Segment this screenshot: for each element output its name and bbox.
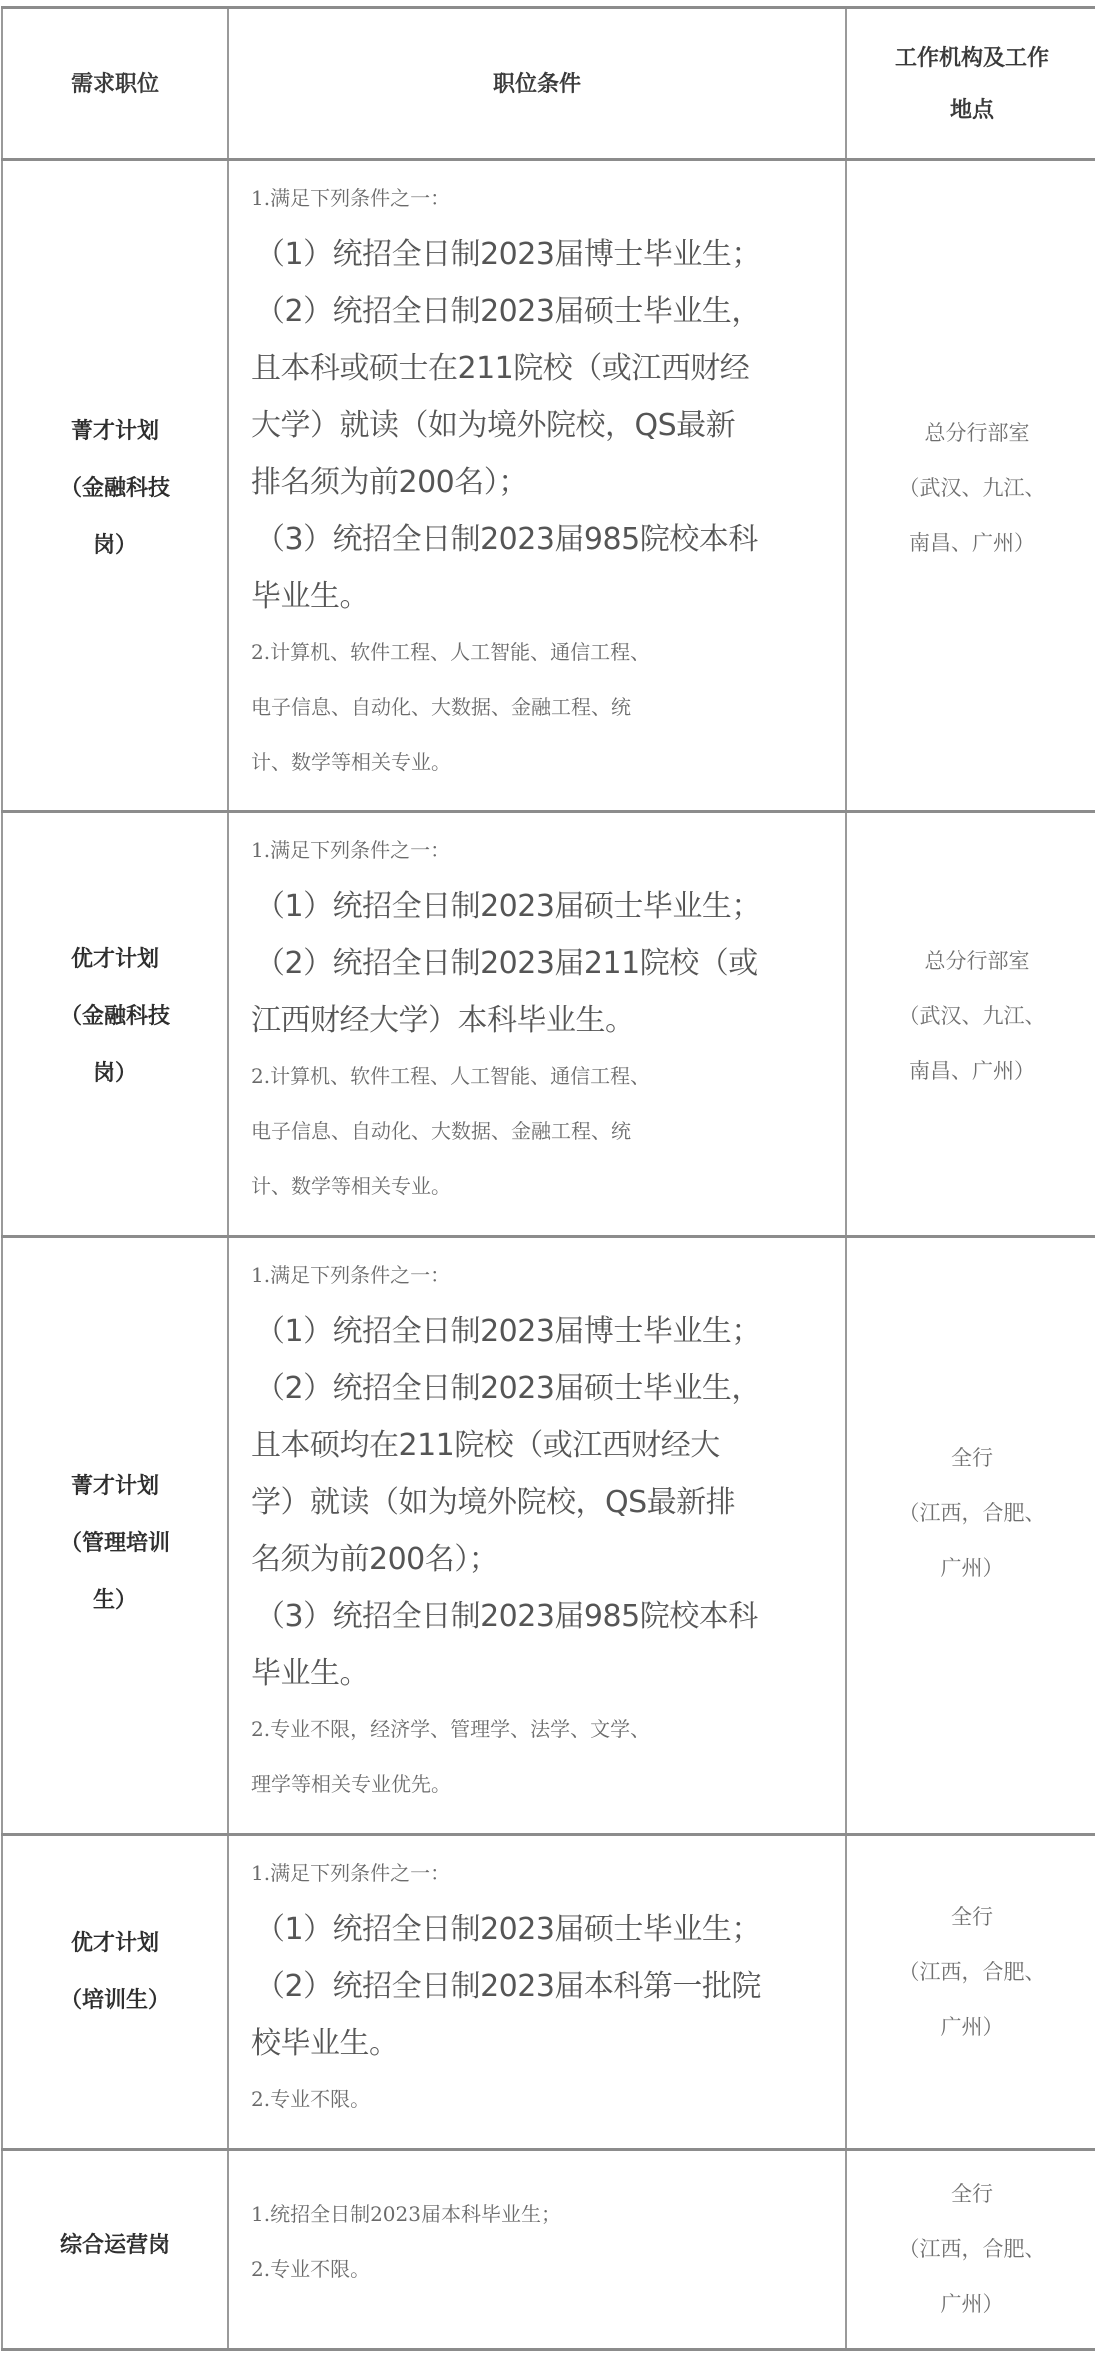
table-row: 综合运营岗 1.统招全日制2023届本科毕业生； 2.专业不限。 全行 （江西，… xyxy=(1,2151,1095,2351)
location-line: 全行 xyxy=(951,2167,993,2222)
condition-line: 排名须为前200名）； xyxy=(251,454,831,511)
condition-line: 1.满足下列条件之一： xyxy=(251,1846,831,1901)
condition-line: 毕业生。 xyxy=(251,568,831,625)
condition-line: 理学等相关专业优先。 xyxy=(251,1757,831,1812)
condition-line: （2）统招全日制2023届本科第一批院 xyxy=(251,1958,831,2015)
location-line: 总分行部室 xyxy=(915,934,1030,989)
header-cell-location: 工作机构及工作 地点 xyxy=(845,9,1095,158)
condition-line: 且本硕均在211院校（或江西财经大 xyxy=(251,1417,831,1474)
position-name: 综合运营岗 xyxy=(60,2217,170,2274)
location-cell: 全行 （江西，合肥、 广州） xyxy=(845,1836,1095,2148)
condition-line: 2.计算机、软件工程、人工智能、通信工程、 xyxy=(251,1049,831,1104)
header-position: 需求职位 xyxy=(71,58,159,110)
header-location-line1: 工作机构及工作 xyxy=(895,32,1049,84)
table-row: 优才计划 （金融科技 岗） 1.满足下列条件之一： （1）统招全日制2023届硕… xyxy=(1,813,1095,1238)
position-cell: 菁才计划 （管理培训 生） xyxy=(1,1238,227,1833)
table-row: 菁才计划 （管理培训 生） 1.满足下列条件之一： （1）统招全日制2023届博… xyxy=(1,1238,1095,1836)
location-line: 总分行部室 xyxy=(915,406,1030,461)
position-name: 岗） xyxy=(93,517,137,574)
location-cell: 全行 （江西，合肥、 广州） xyxy=(845,1238,1095,1833)
condition-line: 1.满足下列条件之一： xyxy=(251,171,831,226)
condition-line: 大学）就读（如为境外院校，QS最新 xyxy=(251,397,831,454)
condition-line: （1）统招全日制2023届博士毕业生； xyxy=(251,1303,831,1360)
header-location-line2: 地点 xyxy=(950,84,994,136)
position-name: 生） xyxy=(93,1572,137,1629)
condition-line: 2.计算机、软件工程、人工智能、通信工程、 xyxy=(251,625,831,680)
location-line: 南昌、广州） xyxy=(909,1044,1035,1099)
location-line: （江西，合肥、 xyxy=(899,2222,1046,2277)
condition-line: 1.满足下列条件之一： xyxy=(251,1248,831,1303)
condition-line: （3）统招全日制2023届985院校本科 xyxy=(251,1588,831,1645)
condition-line: 名须为前200名）； xyxy=(251,1531,831,1588)
location-line: 广州） xyxy=(941,2277,1004,2332)
header-cell-position: 需求职位 xyxy=(1,9,227,158)
table-row: 菁才计划 （金融科技 岗） 1.满足下列条件之一： （1）统招全日制2023届博… xyxy=(1,161,1095,813)
condition-line: 计、数学等相关专业。 xyxy=(251,735,831,790)
table-row: 优才计划 （培训生） 1.满足下列条件之一： （1）统招全日制2023届硕士毕业… xyxy=(1,1836,1095,2151)
location-cell: 全行 （江西，合肥、 广州） xyxy=(845,2151,1095,2348)
condition-line: 校毕业生。 xyxy=(251,2015,831,2072)
condition-line: 江西财经大学）本科毕业生。 xyxy=(251,992,831,1049)
location-cell: 总分行部室 （武汉、九江、 南昌、广州） xyxy=(845,813,1095,1235)
position-name: 岗） xyxy=(93,1045,137,1102)
condition-line: （3）统招全日制2023届985院校本科 xyxy=(251,511,831,568)
condition-line: 2.专业不限，经济学、管理学、法学、文学、 xyxy=(251,1702,831,1757)
location-line: （江西，合肥、 xyxy=(899,1945,1046,2000)
location-line: 全行 xyxy=(951,1431,993,1486)
condition-line: （1）统招全日制2023届硕士毕业生； xyxy=(251,1901,831,1958)
location-line: 广州） xyxy=(941,2000,1004,2055)
position-name: 菁才计划 xyxy=(71,403,159,460)
location-line: 广州） xyxy=(941,1541,1004,1596)
position-cell: 优才计划 （金融科技 岗） xyxy=(1,813,227,1235)
table-header-row: 需求职位 职位条件 工作机构及工作 地点 xyxy=(1,9,1095,161)
condition-line: 1.统招全日制2023届本科毕业生； xyxy=(251,2187,831,2242)
condition-line: 2.专业不限。 xyxy=(251,2072,831,2127)
condition-line: 1.满足下列条件之一： xyxy=(251,823,831,878)
condition-line: 电子信息、自动化、大数据、金融工程、统 xyxy=(251,680,831,735)
conditions-cell: 1.满足下列条件之一： （1）统招全日制2023届硕士毕业生； （2）统招全日制… xyxy=(227,813,845,1235)
condition-line: 毕业生。 xyxy=(251,1645,831,1702)
condition-line: 计、数学等相关专业。 xyxy=(251,1159,831,1214)
condition-line: 且本科或硕士在211院校（或江西财经 xyxy=(251,340,831,397)
conditions-cell: 1.统招全日制2023届本科毕业生； 2.专业不限。 xyxy=(227,2151,845,2348)
location-line: （武汉、九江、 xyxy=(899,461,1046,516)
condition-line: 学）就读（如为境外院校，QS最新排 xyxy=(251,1474,831,1531)
position-cell: 综合运营岗 xyxy=(1,2151,227,2348)
position-cell: 菁才计划 （金融科技 岗） xyxy=(1,161,227,810)
condition-line: （1）统招全日制2023届博士毕业生； xyxy=(251,226,831,283)
condition-line: 电子信息、自动化、大数据、金融工程、统 xyxy=(251,1104,831,1159)
position-name: 菁才计划 xyxy=(71,1458,159,1515)
location-line: （江西，合肥、 xyxy=(899,1486,1046,1541)
header-conditions: 职位条件 xyxy=(493,58,581,110)
conditions-cell: 1.满足下列条件之一： （1）统招全日制2023届博士毕业生； （2）统招全日制… xyxy=(227,1238,845,1833)
conditions-cell: 1.满足下列条件之一： （1）统招全日制2023届博士毕业生； （2）统招全日制… xyxy=(227,161,845,810)
position-name: 优才计划 xyxy=(71,1915,159,1972)
header-cell-conditions: 职位条件 xyxy=(227,9,845,158)
location-line: 南昌、广州） xyxy=(909,516,1035,571)
condition-line: 2.专业不限。 xyxy=(251,2242,831,2297)
condition-line: （2）统招全日制2023届硕士毕业生， xyxy=(251,1360,831,1417)
location-line: （武汉、九江、 xyxy=(899,989,1046,1044)
position-name: （管理培训 xyxy=(60,1515,170,1572)
condition-line: （1）统招全日制2023届硕士毕业生； xyxy=(251,878,831,935)
position-name: （金融科技 xyxy=(60,988,170,1045)
position-name: （培训生） xyxy=(60,1972,170,2029)
position-name: 优才计划 xyxy=(71,931,159,988)
condition-line: （2）统招全日制2023届211院校（或 xyxy=(251,935,831,992)
position-cell: 优才计划 （培训生） xyxy=(1,1836,227,2148)
conditions-cell: 1.满足下列条件之一： （1）统招全日制2023届硕士毕业生； （2）统招全日制… xyxy=(227,1836,845,2148)
location-line: 全行 xyxy=(951,1890,993,1945)
condition-line: （2）统招全日制2023届硕士毕业生， xyxy=(251,283,831,340)
location-cell: 总分行部室 （武汉、九江、 南昌、广州） xyxy=(845,161,1095,810)
position-name: （金融科技 xyxy=(60,460,170,517)
recruitment-positions-table: 需求职位 职位条件 工作机构及工作 地点 菁才计划 （金融科技 岗） 1.满足下… xyxy=(1,6,1095,2351)
